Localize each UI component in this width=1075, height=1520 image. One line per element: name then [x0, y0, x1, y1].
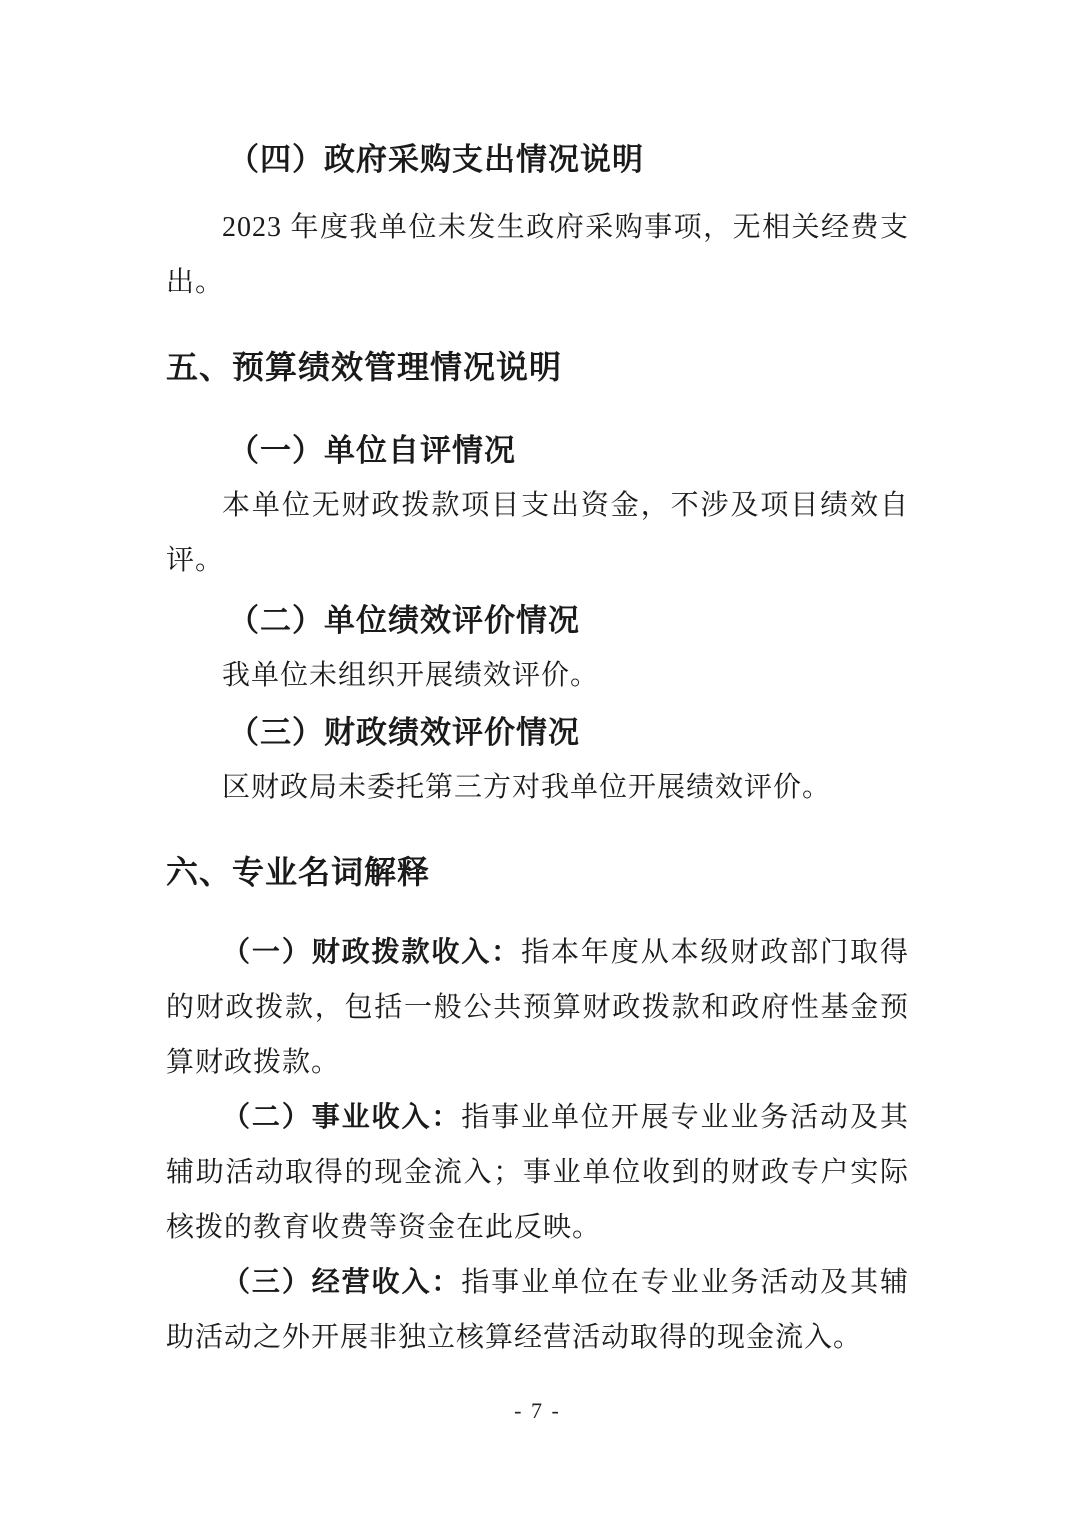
term-definition-2: （二）事业收入：指事业单位开展专业业务活动及其辅助活动取得的现金流入；事业单位收… [166, 1090, 909, 1255]
section4-heading: （四）政府采购支出情况说明 [166, 132, 909, 187]
section5-sub3-heading: （三）财政绩效评价情况 [166, 705, 909, 760]
document-content: （四）政府采购支出情况说明 2023 年度我单位未发生政府采购事项，无相关经费支… [0, 0, 1075, 1365]
term1-name: （一）财政拨款收入： [222, 937, 521, 968]
section5-sub3-paragraph: 区财政局未委托第三方对我单位开展绩效评价。 [166, 760, 909, 815]
section5-heading: 五、预算绩效管理情况说明 [166, 340, 909, 395]
term-definition-3: （三）经营收入：指事业单位在专业业务活动及其辅助活动之外开展非独立核算经营活动取… [166, 1255, 909, 1365]
section5-sub1-paragraph: 本单位无财政拨款项目支出资金，不涉及项目绩效自评。 [166, 478, 909, 588]
section4-paragraph: 2023 年度我单位未发生政府采购事项，无相关经费支出。 [166, 200, 909, 310]
section6-heading: 六、专业名词解释 [166, 845, 909, 900]
term3-name: （三）经营收入： [222, 1267, 461, 1298]
term-definition-1: （一）财政拨款收入：指本年度从本级财政部门取得的财政拨款，包括一般公共预算财政拨… [166, 925, 909, 1090]
term2-name: （二）事业收入： [222, 1102, 461, 1133]
document-page: （四）政府采购支出情况说明 2023 年度我单位未发生政府采购事项，无相关经费支… [0, 0, 1075, 1520]
section5-sub2-heading: （二）单位绩效评价情况 [166, 593, 909, 648]
section5-sub2-paragraph: 我单位未组织开展绩效评价。 [166, 648, 909, 703]
section5-sub1-heading: （一）单位自评情况 [166, 423, 909, 478]
page-number: - 7 - [0, 1398, 1075, 1424]
